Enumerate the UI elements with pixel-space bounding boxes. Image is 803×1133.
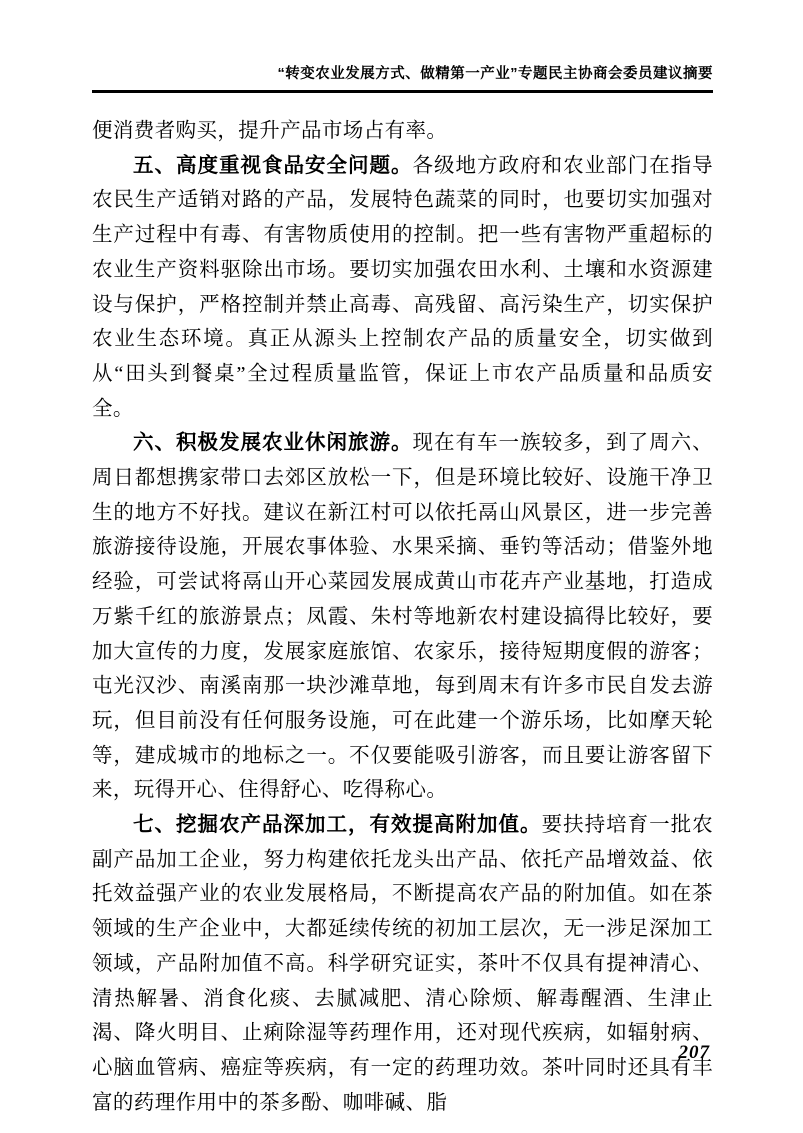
paragraph-continuation: 便消费者购买，提升产品市场占有率。 [92, 114, 713, 149]
paragraph-text: 现在有车一族较多，到了周六、周日都想携家带口去郊区放松一下，但是环境比较好、设施… [92, 432, 713, 801]
paragraph-section-7: 七、挖掘农产品深加工，有效提高附加值。要扶持培育一批农副产品加工企业，努力构建依… [92, 808, 713, 1120]
paragraph-text: 便消费者购买，提升产品市场占有率。 [92, 120, 447, 142]
section-6-heading: 六、积极发展农业休闲旅游。 [133, 431, 413, 454]
page-number: 207 [679, 1042, 711, 1064]
paragraph-section-6: 六、积极发展农业休闲旅游。现在有车一族较多，到了周六、周日都想携家带口去郊区放松… [92, 426, 713, 808]
paragraph-text: 要扶持培育一批农副产品加工企业，努力构建依托龙头出产品、依托产品增效益、依托效益… [92, 814, 713, 1114]
paragraph-section-5: 五、高度重视食品安全问题。各级地方政府和农业部门在指导农民生产适销对路的产品，发… [92, 149, 713, 427]
section-5-heading: 五、高度重视食品安全问题。 [133, 154, 413, 177]
running-header: “转变农业发展方式、做精第一产业”专题民主协商会委员建议摘要 [92, 64, 713, 93]
paragraph-text: 各级地方政府和农业部门在指导农民生产适销对路的产品，发展特色蔬菜的同时，也要切实… [92, 155, 713, 420]
body-text: 便消费者购买，提升产品市场占有率。 五、高度重视食品安全问题。各级地方政府和农业… [92, 114, 713, 1120]
section-7-heading: 七、挖掘农产品深加工，有效提高附加值。 [133, 813, 542, 836]
document-page: “转变农业发展方式、做精第一产业”专题民主协商会委员建议摘要 便消费者购买，提升… [0, 0, 803, 1133]
